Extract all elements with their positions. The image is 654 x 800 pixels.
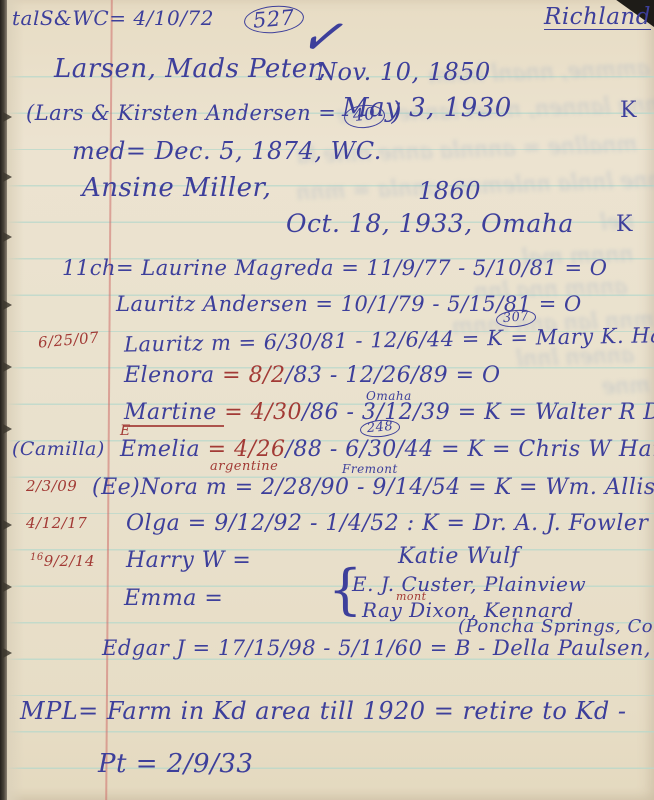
- child-row-nora: (Ee)Nora m = 2/28/90 - 9/14/54 = K = Wm.…: [92, 476, 654, 499]
- bleed-through-text: mne: [602, 373, 651, 400]
- header-code: talS&WC= 4/10/72: [12, 8, 214, 29]
- place-note-above: (Poncha Springs, Colo: [458, 618, 654, 637]
- margin-note-camilla: (Camilla): [12, 440, 105, 460]
- date-red: = 4/30: [224, 400, 302, 425]
- marriage-line: med= Dec. 5, 1874, WC.: [72, 139, 382, 164]
- page-number-circle: 527: [243, 3, 305, 35]
- child-row-emma: Emma =: [124, 587, 223, 610]
- child-name: Emelia: [120, 437, 208, 462]
- spouse-name: Ansine Miller,: [82, 175, 271, 202]
- torn-edge-band: [7, 0, 24, 800]
- k-flag: K: [620, 99, 637, 122]
- child-name: Elenora: [124, 363, 222, 388]
- child-row-laurine: 11ch= Laurine Magreda = 11/9/77 - 5/10/8…: [62, 257, 608, 279]
- dates-rest: /88 - 6/30/44 = K = Chris W Hansen, Kd: [285, 437, 654, 462]
- location-label: Richland: [544, 5, 651, 30]
- dates-rest: /86 - 3/12/39 = K = Walter R Davis, Omah…: [302, 400, 654, 425]
- child-row-elenora: Elenora = 8/2/83 - 12/26/89 = O: [124, 364, 501, 387]
- notebook-page: ammne, nnanl lnnm nna lannen, nmel lanne…: [0, 0, 654, 800]
- child-row-olga: Olga = 9/12/92 - 1/4/52 : K = Dr. A. J. …: [126, 512, 654, 535]
- ref-number: 248: [360, 420, 400, 437]
- spouse-birth-year: 1860: [418, 179, 481, 204]
- spouse-death-date: Oct. 18, 1933, Omaha: [286, 211, 574, 237]
- ref-number-circle: 248: [359, 418, 401, 438]
- margin-superscript: 16: [30, 552, 44, 563]
- subject-parents: (Lars & Kirsten Andersen =: [26, 101, 336, 125]
- margin-date: 4/12/17: [26, 516, 87, 532]
- child-row-emelia: Emelia = 4/26/88 - 6/30/44 = K = Chris W…: [120, 438, 654, 461]
- farm-note: MPL= Farm in Kd area till 1920 = retire …: [20, 699, 627, 724]
- margin-date-text: 9/2/14: [44, 552, 95, 570]
- margin-date: 2/3/09: [26, 479, 77, 495]
- ref-number: 307: [496, 310, 536, 327]
- pt-note: Pt = 2/9/33: [98, 751, 253, 778]
- subject-birth-date: Nov. 10, 1850: [316, 60, 491, 85]
- place-note-above: Fremont: [342, 463, 398, 476]
- date-red: = 8/2: [222, 363, 285, 388]
- dates-rest: /83 - 12/26/89 = O: [286, 363, 501, 388]
- harry-spouse: Katie Wulf: [398, 545, 520, 568]
- margin-date: 6/25/07: [37, 330, 99, 351]
- emma-spouse-1: E. J. Custer, Plainview: [352, 574, 586, 595]
- page-number: 527: [244, 6, 304, 33]
- ref-number-circle: 307: [495, 308, 537, 328]
- subject-name: Larsen, Mads Peter,: [54, 56, 326, 83]
- margin-date: 169/2/14: [30, 553, 95, 570]
- child-row-harry: Harry W =: [126, 549, 251, 572]
- child-name: Martine: [124, 400, 224, 427]
- k-flag: K: [616, 213, 633, 236]
- red-note-argentine: argentine: [210, 460, 278, 474]
- subject-death-date: May 3, 1930: [342, 95, 512, 122]
- child-row-edgar: Edgar J = 17/15/98 - 5/11/60 = B - Della…: [102, 637, 654, 659]
